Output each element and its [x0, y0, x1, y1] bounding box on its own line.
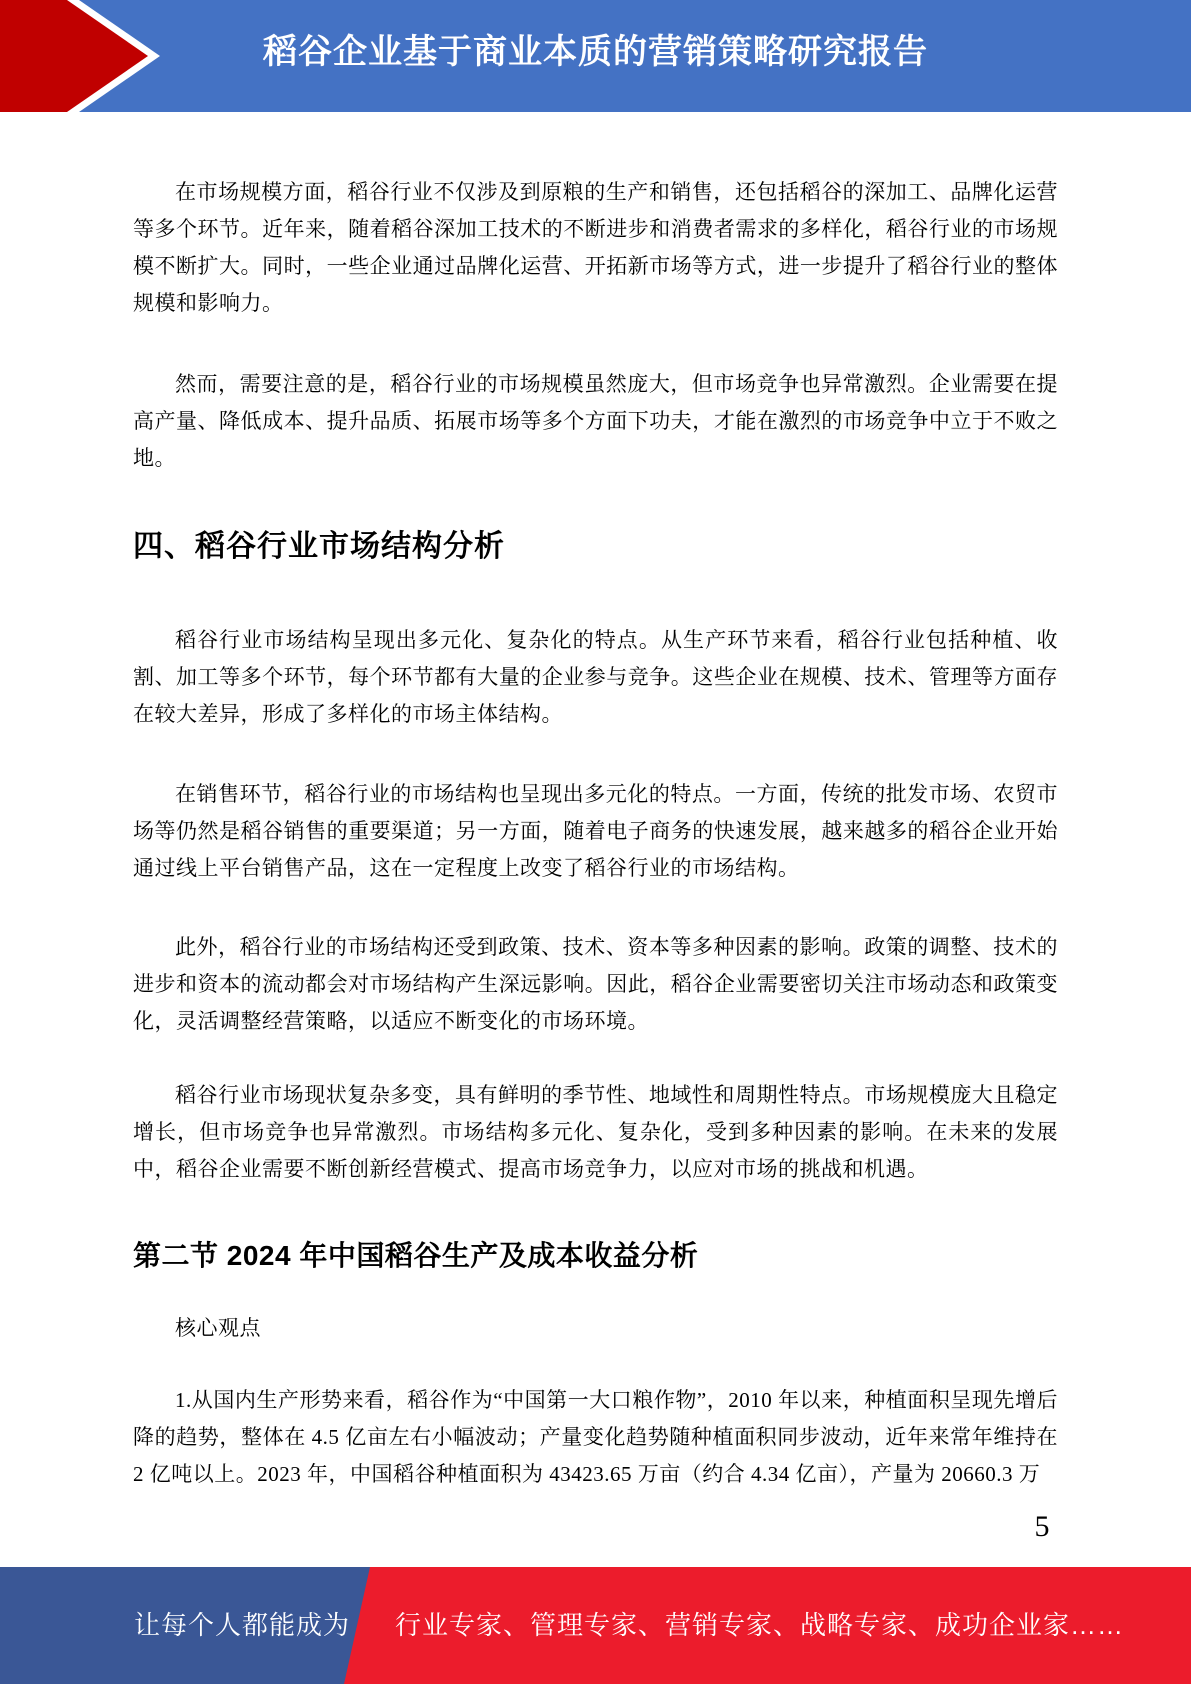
body-paragraph: 稻谷行业市场现状复杂多变，具有鲜明的季节性、地域性和周期性特点。市场规模庞大且稳…	[133, 1077, 1058, 1188]
core-view-label: 核心观点	[133, 1312, 1058, 1342]
body-paragraph: 在市场规模方面，稻谷行业不仅涉及到原粮的生产和销售，还包括稻谷的深加工、品牌化运…	[133, 174, 1058, 322]
header-band: 稻谷企业基于商业本质的营销策略研究报告	[0, 0, 1191, 112]
report-title: 稻谷企业基于商业本质的营销策略研究报告	[0, 0, 1191, 112]
body-paragraph: 1.从国内生产形势来看，稻谷作为“中国第一大口粮作物”，2010 年以来，种植面…	[133, 1382, 1058, 1493]
footer-slogan-right: 行业专家、管理专家、营销专家、战略专家、成功企业家……	[395, 1612, 1175, 1638]
footer-slogan-left: 让每个人都能成为	[0, 1612, 350, 1638]
body-paragraph: 此外，稻谷行业的市场结构还受到政策、技术、资本等多种因素的影响。政策的调整、技术…	[133, 929, 1058, 1040]
body-paragraph: 在销售环节，稻谷行业的市场结构也呈现出多元化的特点。一方面，传统的批发市场、农贸…	[133, 776, 1058, 887]
subsection-heading: 第二节 2024 年中国稻谷生产及成本收益分析	[133, 1234, 1058, 1274]
section-heading: 四、稻谷行业市场结构分析	[133, 521, 1058, 565]
footer-band: 让每个人都能成为 行业专家、管理专家、营销专家、战略专家、成功企业家……	[0, 1567, 1191, 1684]
body-paragraph: 然而，需要注意的是，稻谷行业的市场规模虽然庞大，但市场竞争也异常激烈。企业需要在…	[133, 366, 1058, 477]
body-paragraph: 稻谷行业市场结构呈现出多元化、复杂化的特点。从生产环节来看，稻谷行业包括种植、收…	[133, 622, 1058, 733]
report-page: 稻谷企业基于商业本质的营销策略研究报告 在市场规模方面，稻谷行业不仅涉及到原粮的…	[0, 0, 1191, 1684]
page-number: 5	[1022, 1510, 1062, 1544]
